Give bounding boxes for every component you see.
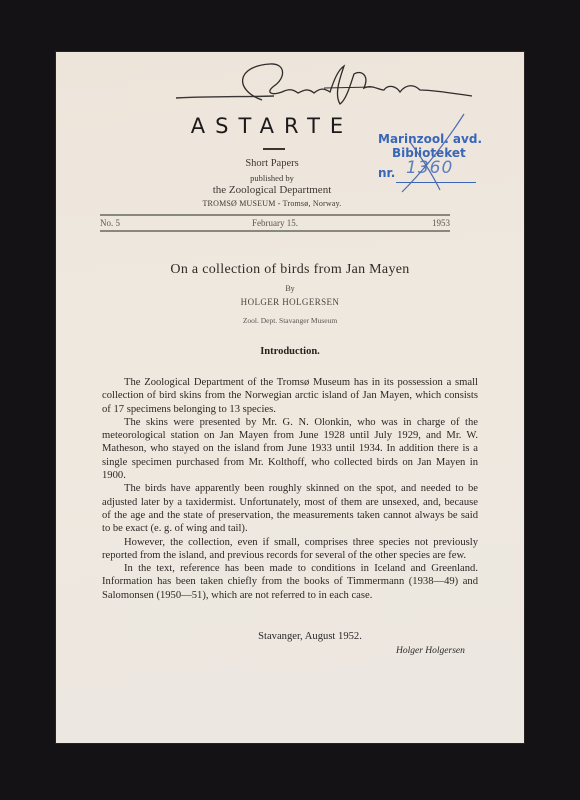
document-page: ASTARTE Short Papers published by the Zo… <box>56 52 524 743</box>
section-heading: Introduction. <box>56 346 524 357</box>
article-body: The Zoological Department of the Tromsø … <box>102 376 478 602</box>
article-title: On a collection of birds from Jan Mayen <box>56 262 524 278</box>
library-stamp: Marinzool. avd. Biblioteket nr. 1360 <box>358 126 486 196</box>
issue-date: February 15. <box>100 218 450 228</box>
article-author: HOLGER HOLGERSEN <box>56 297 524 307</box>
author-affiliation: Zool. Dept. Stavanger Museum <box>56 316 524 325</box>
masthead-divider <box>263 148 285 150</box>
author-signoff: Holger Holgersen <box>396 646 465 656</box>
pen-cross-mark-icon <box>396 112 466 196</box>
paragraph: The Zoological Department of the Tromsø … <box>102 376 478 416</box>
header-rule-top <box>100 214 450 216</box>
stamp-nr-label: nr. <box>378 166 395 180</box>
paragraph: The birds have apparently been roughly s… <box>102 482 478 535</box>
place-date: Stavanger, August 1952. <box>56 631 524 642</box>
paragraph: In the text, reference has been made to … <box>102 562 478 602</box>
paragraph: The skins were presented by Mr. G. N. Ol… <box>102 416 478 482</box>
handwritten-signature <box>174 60 474 112</box>
byline-by: By <box>56 284 524 293</box>
issue-year: 1953 <box>432 218 450 228</box>
subtitle-museum: TROMSØ MUSEUM - Tromsø, Norway. <box>38 199 506 208</box>
paragraph: However, the collection, even if small, … <box>102 536 478 563</box>
masthead-text: ASTARTE <box>191 114 353 138</box>
header-rule-bottom <box>100 230 450 232</box>
